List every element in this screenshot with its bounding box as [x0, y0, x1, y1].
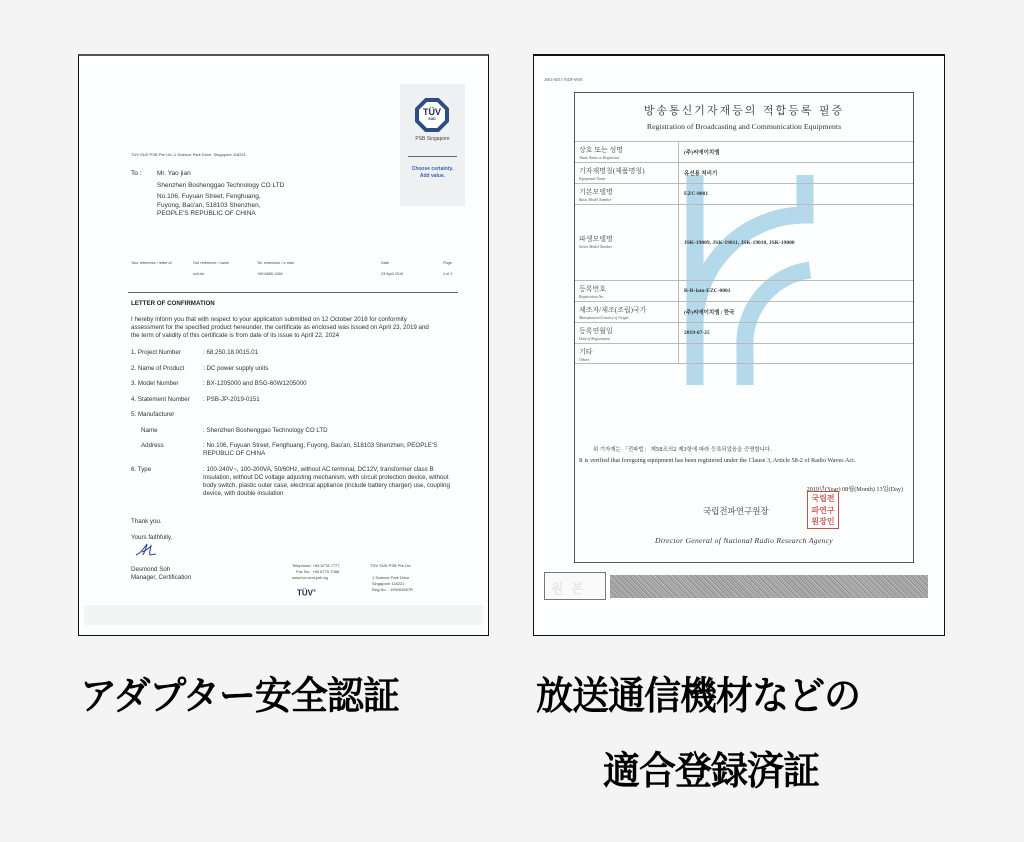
header-rule [128, 292, 458, 293]
letter-item: 6. Type: 100-240V~, 100-200VA, 50/60Hz, … [131, 466, 451, 498]
item-value: : PSB-JP-2019-0151 [203, 396, 451, 404]
caption-broadcast-line-1: 放送通信機材などの [536, 664, 860, 721]
row-label-ko: 제조자/제조(조립)국가 [579, 306, 678, 315]
row-label-en: Date of Registration [579, 336, 678, 342]
row-label-en: Trade Name or Registrant [579, 155, 678, 161]
certificate-row: 기본모델명Basic Model NumberEZC-0001 [575, 183, 913, 204]
item-key: 2. Name of Product [131, 365, 203, 373]
item-key: 5. Manufacturer [131, 411, 203, 419]
row-label-ko: 파생모델명 [579, 235, 678, 244]
row-label-en: Series Model Number [579, 244, 678, 250]
certificate-frame: 방송통신기자재등의 적합등록 필증 Registration of Broadc… [574, 92, 914, 563]
item-key: 6. Type [131, 466, 203, 498]
certificate-row: 등록번호Registration No.R-R-lam-EZC-0001 [575, 280, 913, 301]
signature-icon [135, 543, 157, 557]
row-value: 2019-07-25 [679, 323, 913, 343]
original-stamp-box: 원 본 [544, 572, 606, 600]
row-value: 유선용 처리기 [679, 163, 913, 183]
row-label-en: Equipment Name [579, 176, 678, 182]
signer-block: Desmond Soh Manager, Certification [131, 566, 191, 582]
item-key: 1. Project Number [131, 349, 203, 357]
item-value: : No.106, Fuyuan Street, Fenghuang, Fuyo… [203, 442, 451, 458]
footer-address: TÜV SÜD PSB Pte Ltd 1 Science Park Drive… [370, 563, 413, 593]
closing-text: Yours faithfully, [131, 534, 172, 541]
certificate-row: 제조자/제조(조립)국가Manufacturer/Country of Orig… [575, 301, 913, 322]
row-value: EZC-0001 [679, 184, 913, 204]
reference-values: sch-de +65 6885 1268 23 April 2019 1 of … [131, 272, 453, 276]
logo-tagline: Choose certainty. Add value. [400, 166, 465, 180]
certificate-row: 기자재명칭(제품명칭)Equipment Name유선용 처리기 [575, 162, 913, 183]
tuv-confirmation-letter: TÜVSÜD PSB Singapore Choose certainty. A… [78, 54, 489, 636]
row-label-en: Registration No. [579, 294, 678, 300]
item-value: : 68.250.18.0015.01 [203, 349, 451, 357]
certificate-table: 상호 또는 성명Trade Name or Registrant(주)씨에이치엠… [575, 141, 913, 364]
row-value: JSK-19009, JSK-19011, JSK-19010, JSK-190… [679, 205, 913, 280]
document-id: 26E4-0D11-05DF-695E [544, 77, 583, 82]
statement-en: It is verified that foregoing equipment … [579, 455, 909, 466]
row-value: (주)씨에이치엠 [679, 142, 913, 162]
official-seal-icon: 국립전파연구원장인 [807, 491, 839, 529]
letter-title: LETTER OF CONFIRMATION [131, 300, 215, 307]
letter-item: 5. Manufacturer [131, 411, 451, 419]
logo-divider [408, 156, 457, 157]
row-label-ko: 기본모델명 [579, 188, 678, 197]
row-value [679, 344, 913, 363]
table-bottom-rule [575, 363, 913, 364]
item-value: : BX-1205000 and BSG-60W1205000 [203, 380, 451, 388]
letter-item: 4. Statement Number: PSB-JP-2019-0151 [131, 396, 451, 404]
letter-items: 1. Project Number: 68.250.18.0015.012. N… [131, 349, 451, 505]
footer-shade [84, 605, 483, 625]
letter-item: 1. Project Number: 68.250.18.0015.01 [131, 349, 451, 357]
kc-registration-certificate: 26E4-0D11-05DF-695E 방송통신기자재등의 적합등록 필증 Re… [533, 54, 945, 636]
certificate-row: 기타Others [575, 343, 913, 363]
signer-title: Manager, Certification [131, 574, 191, 582]
tuv-footer-mark: TÜV® [297, 588, 316, 598]
certificate-row: 등록연월일Date of Registration2019-07-25 [575, 322, 913, 343]
letter-item: 3. Model Number: BX-1205000 and BSG-60W1… [131, 380, 451, 388]
item-value [203, 411, 451, 419]
row-label-ko: 등록연월일 [579, 327, 678, 336]
row-label-ko: 기자재명칭(제품명칭) [579, 167, 678, 176]
redacted-barcode [610, 575, 928, 598]
statement-ko: 위 기자재는 「전파법」 제58조의2 제3항에 따라 등록되었음을 증명합니다… [593, 445, 772, 453]
item-value: : 100-240V~, 100-200VA, 50/60Hz, without… [203, 466, 451, 498]
item-key: Name [131, 427, 203, 435]
row-value: R-R-lam-EZC-0001 [679, 281, 913, 301]
director-title-en: Director General of National Radio Resea… [575, 536, 913, 545]
item-value: : Shenzhen Boshenggao Technology CO LTD [203, 427, 451, 435]
certificate-title-en: Registration of Broadcasting and Communi… [575, 122, 913, 131]
item-key: Address [131, 442, 203, 458]
row-label-en: Manufacturer/Country of Origin [579, 315, 678, 321]
psb-singapore-label: PSB Singapore [400, 136, 465, 142]
letter-item: Name: Shenzhen Boshenggao Technology CO … [131, 427, 451, 435]
recipient-name: Mr. Yao jian [157, 170, 284, 179]
certificate-row: 파생모델명Series Model NumberJSK-19009, JSK-1… [575, 204, 913, 280]
item-key: 4. Statement Number [131, 396, 203, 404]
item-value: : DC power supply units [203, 365, 451, 373]
row-label-ko: 상호 또는 성명 [579, 146, 678, 155]
reference-table: Your reference / letter of Our reference… [131, 261, 453, 283]
sender-line: TÜV SÜD PSB Pte Ltd -1 Science Park Driv… [131, 152, 246, 157]
row-value: (주)씨에이치엠 / 한국 [679, 302, 913, 322]
caption-broadcast-line-2: 適合登録済証 [603, 739, 819, 796]
recipient-block: Mr. Yao jian Shenzhen Boshenggao Technol… [157, 170, 284, 219]
to-label: To : [131, 170, 141, 177]
footer-contact: Telephone: +65 6778 7777 Fax No.: +65 67… [292, 563, 340, 581]
tuv-sud-logo-panel: TÜVSÜD PSB Singapore Choose certainty. A… [400, 84, 465, 206]
reference-headers: Your reference / letter of Our reference… [131, 261, 453, 265]
row-label-ko: 기타 [579, 348, 678, 357]
certificate-row: 상호 또는 성명Trade Name or Registrant(주)씨에이치엠 [575, 141, 913, 162]
signer-name: Desmond Soh [131, 566, 191, 574]
tuv-octagon-logo-icon: TÜVSÜD [415, 98, 449, 132]
certificate-title-ko: 방송통신기자재등의 적합등록 필증 [575, 102, 913, 118]
caption-adapter-safety: アダプター安全認証 [80, 664, 399, 721]
row-label-en: Basic Model Number [579, 197, 678, 203]
letter-item: Address: No.106, Fuyuan Street, Fenghuan… [131, 442, 451, 458]
row-label-ko: 등록번호 [579, 285, 678, 294]
item-key: 3. Model Number [131, 380, 203, 388]
letter-item: 2. Name of Product: DC power supply unit… [131, 365, 451, 373]
letter-intro: I hereby inform you that with respect to… [131, 316, 431, 340]
director-title-ko: 국립전파연구원장 [703, 505, 769, 517]
thanks-text: Thank you. [131, 518, 162, 525]
recipient-company: Shenzhen Boshenggao Technology CO LTD [157, 182, 284, 191]
